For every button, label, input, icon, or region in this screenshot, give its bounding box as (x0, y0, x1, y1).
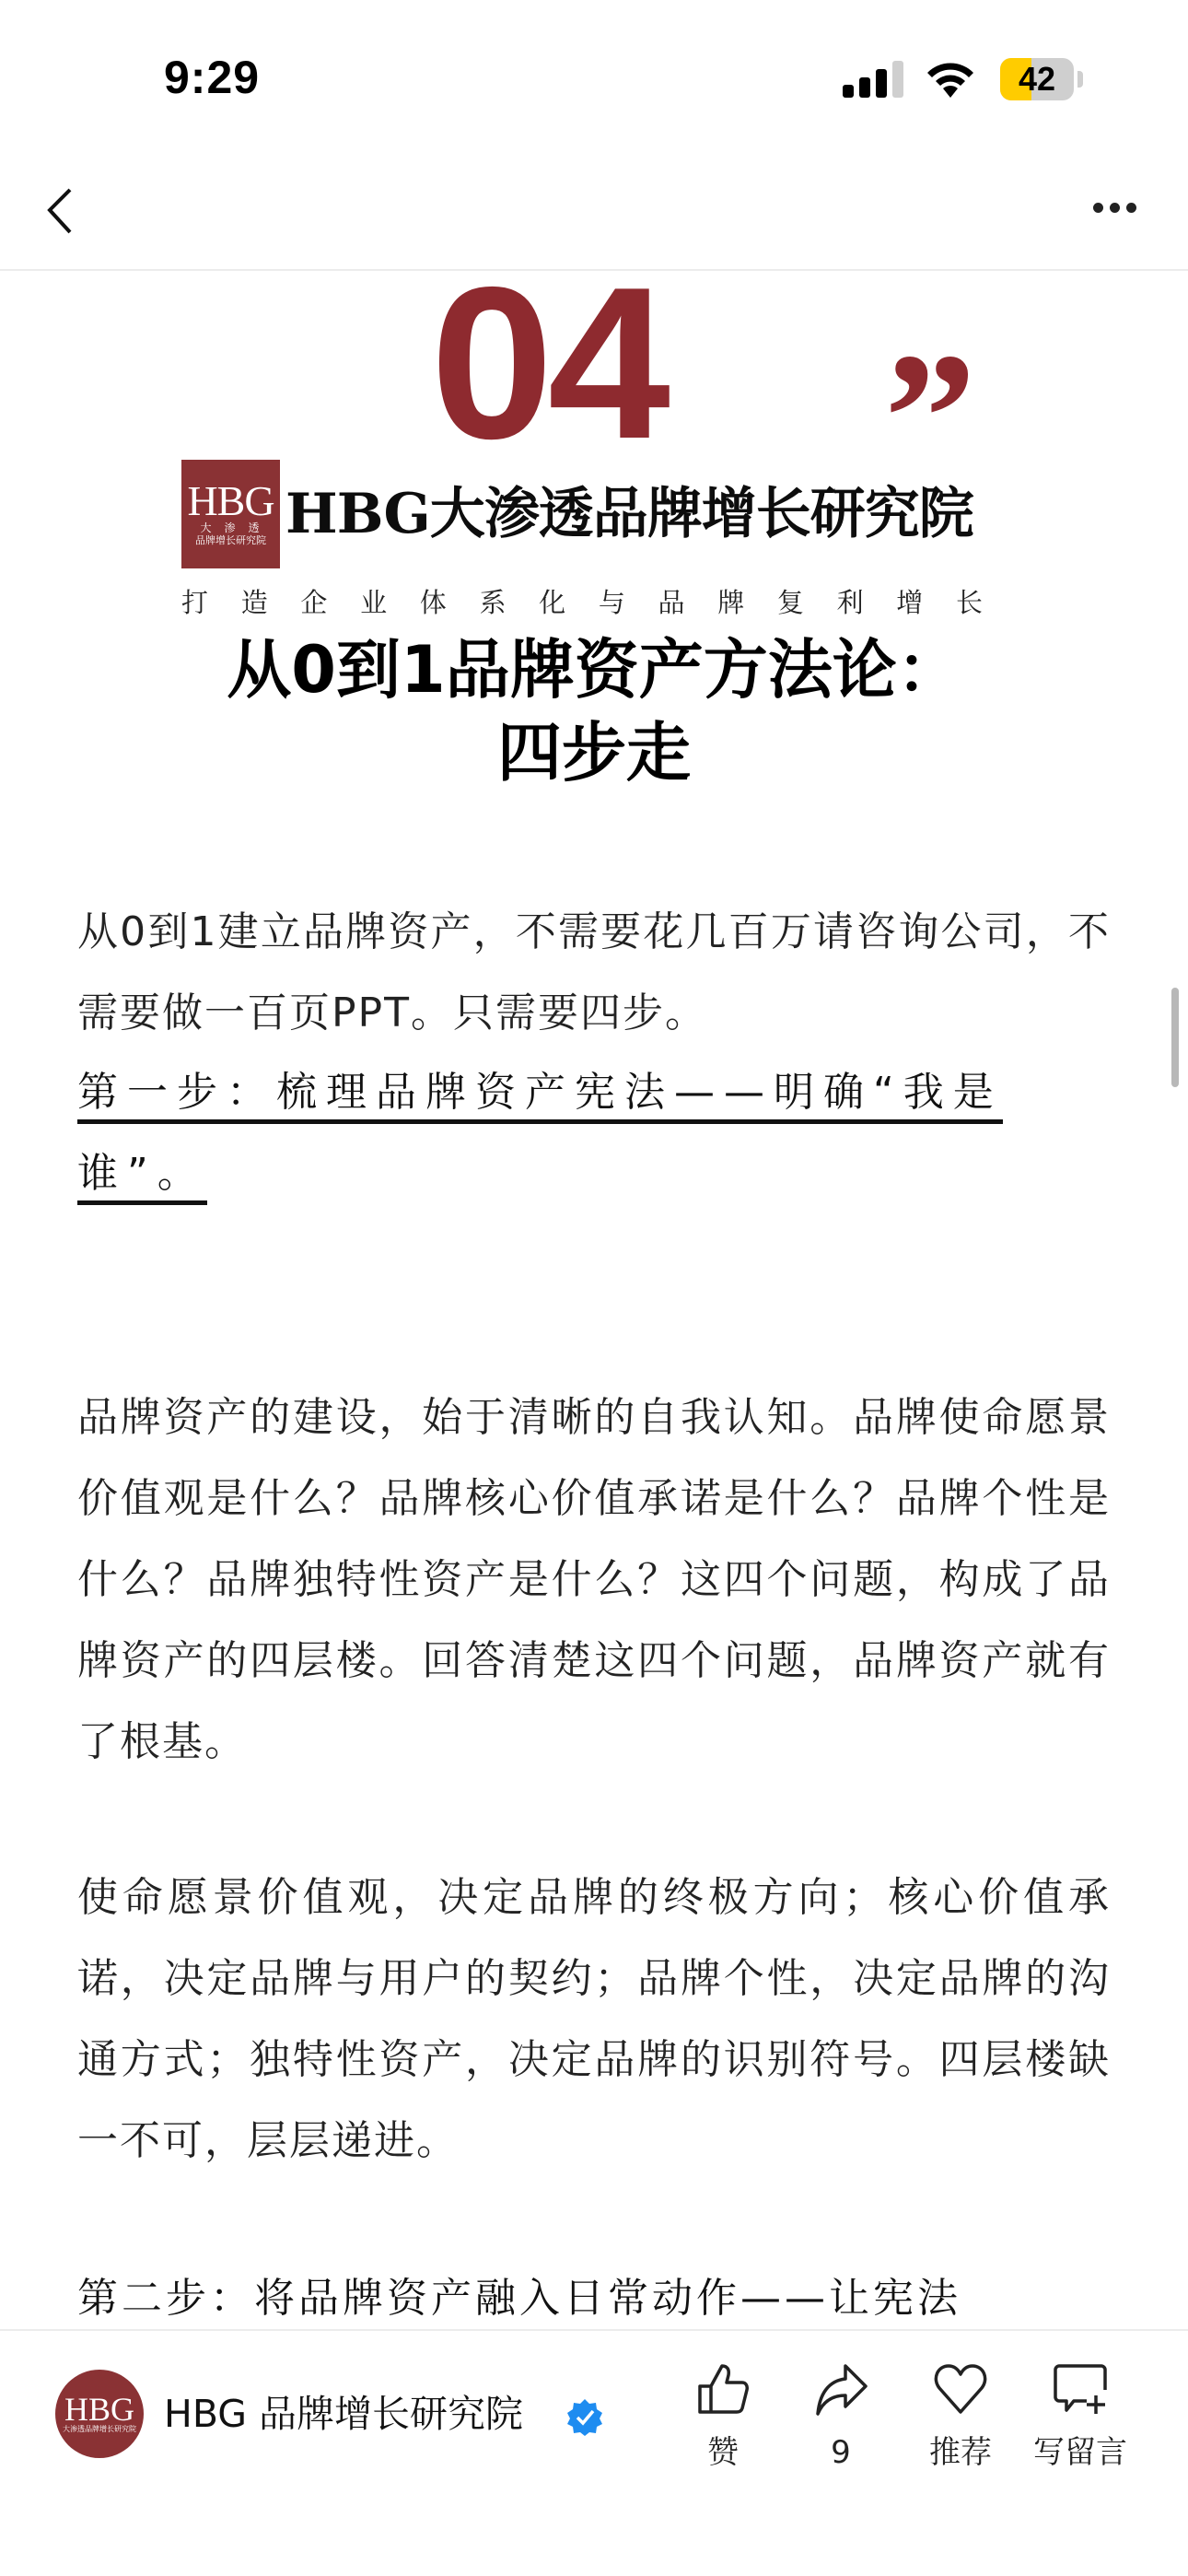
heart-icon (930, 2359, 991, 2419)
tagline-char: 打 (181, 582, 208, 620)
tagline-char: 体 (420, 582, 447, 620)
section-title: 从0到1品牌资产方法论： 四步走 (0, 628, 1188, 794)
verified-badge-icon (565, 2397, 604, 2436)
comment-add-icon (1050, 2359, 1111, 2419)
section-title-line: 四步走 (0, 711, 1188, 794)
tagline-char: 企 (300, 582, 327, 620)
share-icon (810, 2359, 871, 2419)
tagline-char: 牌 (717, 582, 744, 620)
battery-percent: 42 (1000, 58, 1074, 100)
step1-heading: 第一步：梳理品牌资产宪法——明确“我是 谁”。 (77, 1052, 1111, 1214)
tagline-char: 长 (956, 582, 983, 620)
logo-subtitle: 大渗透 (189, 521, 272, 534)
more-options-button[interactable] (1077, 184, 1151, 230)
paragraph-intro: 从0到1建立品牌资产，不需要花几百万请咨询公司，不需要做一百页PPT。只需要四步… (77, 892, 1111, 1054)
battery-icon: 42 (1000, 58, 1074, 100)
account-avatar[interactable]: HBG 大渗透品牌增长研究院 (55, 2370, 144, 2458)
logo-mark: HBG (187, 481, 274, 521)
tagline-char: 复 (777, 582, 804, 620)
thumbs-up-icon (693, 2359, 753, 2419)
write-comment-label: 写留言 (1030, 2434, 1131, 2471)
like-label: 赞 (672, 2434, 774, 2471)
section-title-line: 从0到1品牌资产方法论： (0, 628, 1188, 711)
ellipsis-icon (1126, 203, 1136, 213)
tagline-char: 品 (658, 582, 685, 620)
recommend-button[interactable]: 推荐 (910, 2359, 1011, 2497)
tagline-char: 业 (360, 582, 387, 620)
share-count: 9 (790, 2434, 891, 2471)
logo-subtitle: 品牌增长研究院 (195, 534, 266, 547)
write-comment-button[interactable]: 写留言 (1030, 2359, 1131, 2497)
ellipsis-icon (1110, 203, 1120, 213)
tagline-char: 增 (896, 582, 923, 620)
step1-heading-line: 谁”。 (77, 1150, 207, 1205)
cellular-signal-icon (843, 61, 903, 98)
tagline-char: 利 (837, 582, 864, 620)
nav-bar (0, 157, 1188, 271)
status-time: 9:29 (164, 51, 260, 104)
brand-name: HBG大渗透品牌增长研究院 (285, 482, 973, 546)
brand-logo: HBG 大渗透 品牌增长研究院 (181, 460, 280, 568)
ellipsis-icon (1093, 203, 1103, 213)
tagline-char: 系 (479, 582, 506, 620)
paragraph-step1-detail: 品牌资产的建设，始于清晰的自我认知。品牌使命愿景价值观是什么？品牌核心价值承诺是… (77, 1377, 1111, 1783)
brand-tagline: 打 造 企 业 体 系 化 与 品 牌 复 利 增 长 (181, 582, 983, 620)
article-content: 04 ” HBG 大渗透 品牌增长研究院 HBG大渗透品牌增长研究院 打 造 企… (0, 271, 1188, 2329)
scrollbar[interactable] (1171, 988, 1179, 1087)
account-name[interactable]: HBG 品牌增长研究院 (164, 2388, 523, 2440)
section-number: 04 (431, 271, 665, 455)
tagline-char: 造 (241, 582, 268, 620)
paragraph-step1-layers: 使命愿景价值观，决定品牌的终极方向；核心价值承诺，决定品牌与用户的契约；品牌个性… (77, 1857, 1111, 2182)
like-button[interactable]: 赞 (672, 2359, 774, 2497)
share-button[interactable]: 9 (790, 2359, 891, 2497)
battery-cap (1077, 71, 1083, 88)
status-bar: 9:29 42 (0, 0, 1188, 157)
back-button[interactable] (37, 177, 92, 241)
chevron-left-icon (37, 177, 92, 241)
avatar-mark: HBG (64, 2394, 134, 2425)
bottom-action-bar: HBG 大渗透品牌增长研究院 HBG 品牌增长研究院 赞 9 推荐 写留言 (0, 2329, 1188, 2576)
tagline-char: 与 (599, 582, 625, 620)
recommend-label: 推荐 (910, 2434, 1011, 2471)
brand-header: HBG 大渗透 品牌增长研究院 HBG大渗透品牌增长研究院 (181, 459, 973, 569)
tagline-char: 化 (539, 582, 565, 620)
step2-heading: 第二步：将品牌资产融入日常动作——让宪法 (77, 2258, 1111, 2329)
step1-heading-line: 第一步：梳理品牌资产宪法——明确“我是 (77, 1069, 1003, 1124)
wifi-icon (924, 55, 977, 100)
avatar-subtitle: 大渗透品牌增长研究院 (63, 2425, 136, 2434)
